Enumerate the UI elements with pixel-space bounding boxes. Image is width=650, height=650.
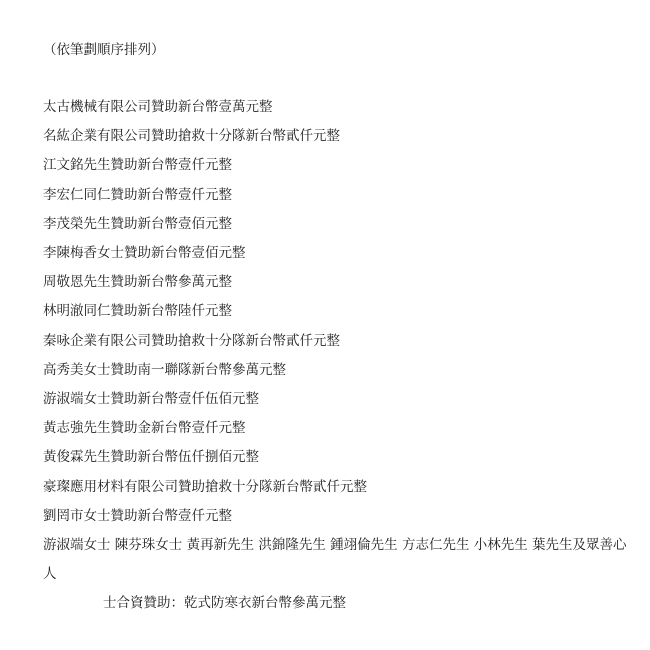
sponsor-entry: 周敬恩先生贊助新台幣參萬元整 <box>43 268 630 297</box>
sponsor-entry: 游淑端女士贊助新台幣壹仟伍佰元整 <box>43 385 630 414</box>
group-sponsor-entry-line2: 士合資贊助：乾式防寒衣新台幣參萬元整 <box>43 589 630 618</box>
sponsor-entry: 秦咏企業有限公司贊助搶救十分隊新台幣貳仟元整 <box>43 327 630 356</box>
sponsor-entry: 江文銘先生贊助新台幣壹仟元整 <box>43 151 630 180</box>
sponsor-list: 太古機械有限公司贊助新台幣壹萬元整 名紘企業有限公司贊助搶救十分隊新台幣貳仟元整… <box>43 93 630 619</box>
group-sponsor-entry-line1: 游淑端女士 陳芬珠女士 黃再新先生 洪錦隆先生 鍾翊倫先生 方志仁先生 小林先生… <box>43 531 630 589</box>
sort-order-note: （依筆劃順序排列） <box>43 40 165 60</box>
sponsor-entry: 黃志強先生贊助金新台幣壹仟元整 <box>43 414 630 443</box>
document-page: （依筆劃順序排列） 太古機械有限公司贊助新台幣壹萬元整 名紘企業有限公司贊助搶救… <box>0 0 650 650</box>
sponsor-entry: 劉罔市女士贊助新台幣壹仟元整 <box>43 502 630 531</box>
sponsor-entry: 高秀美女士贊助南一聯隊新台幣參萬元整 <box>43 356 630 385</box>
sponsor-entry: 李茂榮先生贊助新台幣壹佰元整 <box>43 210 630 239</box>
sponsor-entry: 李宏仁同仁贊助新台幣壹仟元整 <box>43 181 630 210</box>
sponsor-entry: 李陳梅香女士贊助新台幣壹佰元整 <box>43 239 630 268</box>
sponsor-entry: 名紘企業有限公司贊助搶救十分隊新台幣貳仟元整 <box>43 122 630 151</box>
sponsor-entry: 林明澈同仁贊助新台幣陸仟元整 <box>43 297 630 326</box>
sponsor-entry: 豪璨應用材料有限公司贊助搶救十分隊新台幣貳仟元整 <box>43 473 630 502</box>
sponsor-entry: 黃俊霖先生贊助新台幣伍仟捌佰元整 <box>43 443 630 472</box>
sponsor-entry: 太古機械有限公司贊助新台幣壹萬元整 <box>43 93 630 122</box>
